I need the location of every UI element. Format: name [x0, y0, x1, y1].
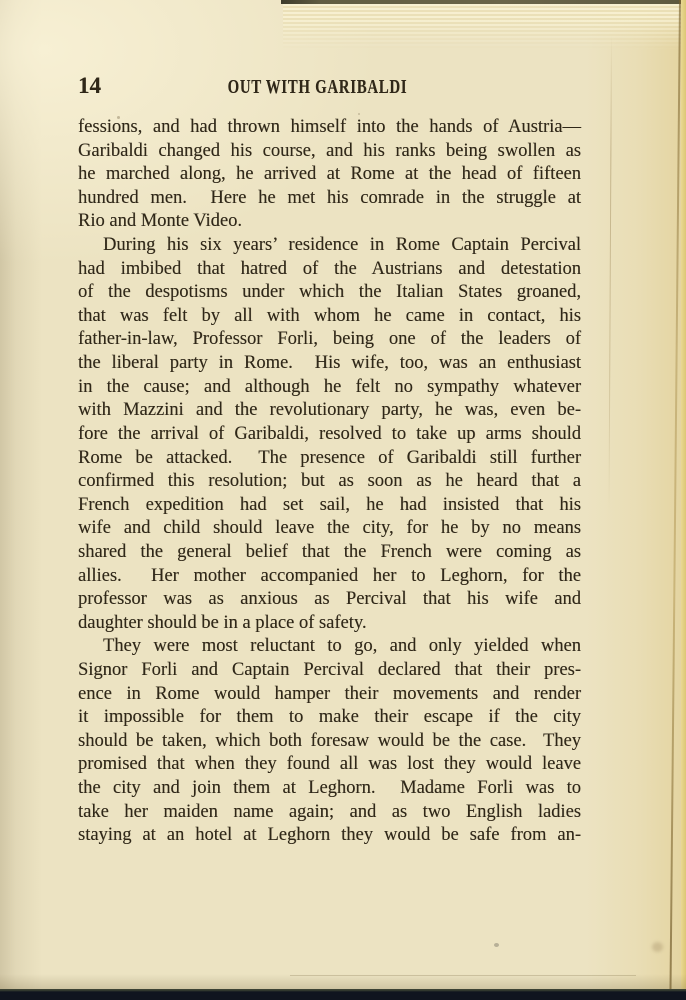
- text-line: the liberal party in Rome. His wife, too…: [78, 352, 581, 376]
- page-edge-top: [281, 0, 686, 4]
- text-line: father-in-law, Professor Forli, being on…: [78, 328, 581, 352]
- text-line: Rome be attacked. The presence of Gariba…: [78, 447, 581, 471]
- book-page-edges-texture: [283, 4, 686, 50]
- text-line: hundred men. Here he met his comrade in …: [78, 187, 581, 211]
- running-header: OUT WITH GARIBALDI: [66, 76, 569, 98]
- text-line: fore the arrival of Garibaldi, resolved …: [78, 423, 581, 447]
- text-line: should be taken, which both foresaw woul…: [78, 730, 581, 754]
- book-page-scan: 14 OUT WITH GARIBALDI fessions, and had …: [0, 0, 686, 1000]
- text-line: take her maiden name again; and as two E…: [78, 801, 581, 825]
- text-line: shared the general belief that the Frenc…: [78, 541, 581, 565]
- text-line: professor was as anxious as Percival tha…: [78, 588, 581, 612]
- book-cover-edge: [0, 989, 686, 1000]
- text-line: daughter should be in a place of safety.: [78, 612, 581, 636]
- paper-smudge: [652, 942, 663, 952]
- text-block: fessions, and had thrown himself into th…: [78, 116, 581, 848]
- text-line: that was felt by all with whom he came i…: [78, 305, 581, 329]
- text-line: allies. Her mother accompanied her to Le…: [78, 565, 581, 589]
- running-header-text: OUT WITH GARIBALDI: [228, 76, 408, 98]
- page-bottom-crease: [290, 975, 636, 976]
- page-bottom-shadow: [0, 974, 686, 989]
- text-line: in the cause; and although he felt no sy…: [78, 376, 581, 400]
- text-line: he marched along, he arrived at Rome at …: [78, 163, 581, 187]
- text-line: the city and join them at Leghorn. Madam…: [78, 777, 581, 801]
- page-edge-right-outer: [681, 0, 686, 991]
- text-line: staying at an hotel at Leghorn they woul…: [78, 824, 581, 848]
- text-line: French expedition had set sail, he had i…: [78, 494, 581, 518]
- text-line: Rio and Monte Video.: [78, 210, 581, 234]
- text-line: Signor Forli and Captain Percival declar…: [78, 659, 581, 683]
- text-line: of the despotisms under which the Italia…: [78, 281, 581, 305]
- paper-speck: [358, 113, 360, 115]
- text-line: wife and child should leave the city, fo…: [78, 517, 581, 541]
- page-edge-right: [669, 0, 681, 992]
- text-line: Garibaldi changed his course, and his ra…: [78, 140, 581, 164]
- text-line: promised that when they found all was lo…: [78, 753, 581, 777]
- text-line: fessions, and had thrown himself into th…: [78, 116, 581, 140]
- text-line: had imbibed that hatred of the Austrians…: [78, 258, 581, 282]
- text-line: with Mazzini and the revolutionary party…: [78, 399, 581, 423]
- text-line: it impossible for them to make their esc…: [78, 706, 581, 730]
- text-line: confirmed this resolution; but as soon a…: [78, 470, 581, 494]
- paper-speck: [494, 943, 499, 947]
- text-line: ence in Rome would hamper their movement…: [78, 683, 581, 707]
- text-line: During his six years’ residence in Rome …: [78, 234, 581, 258]
- text-line: They were most reluctant to go, and only…: [78, 635, 581, 659]
- paper-crease: [608, 35, 612, 515]
